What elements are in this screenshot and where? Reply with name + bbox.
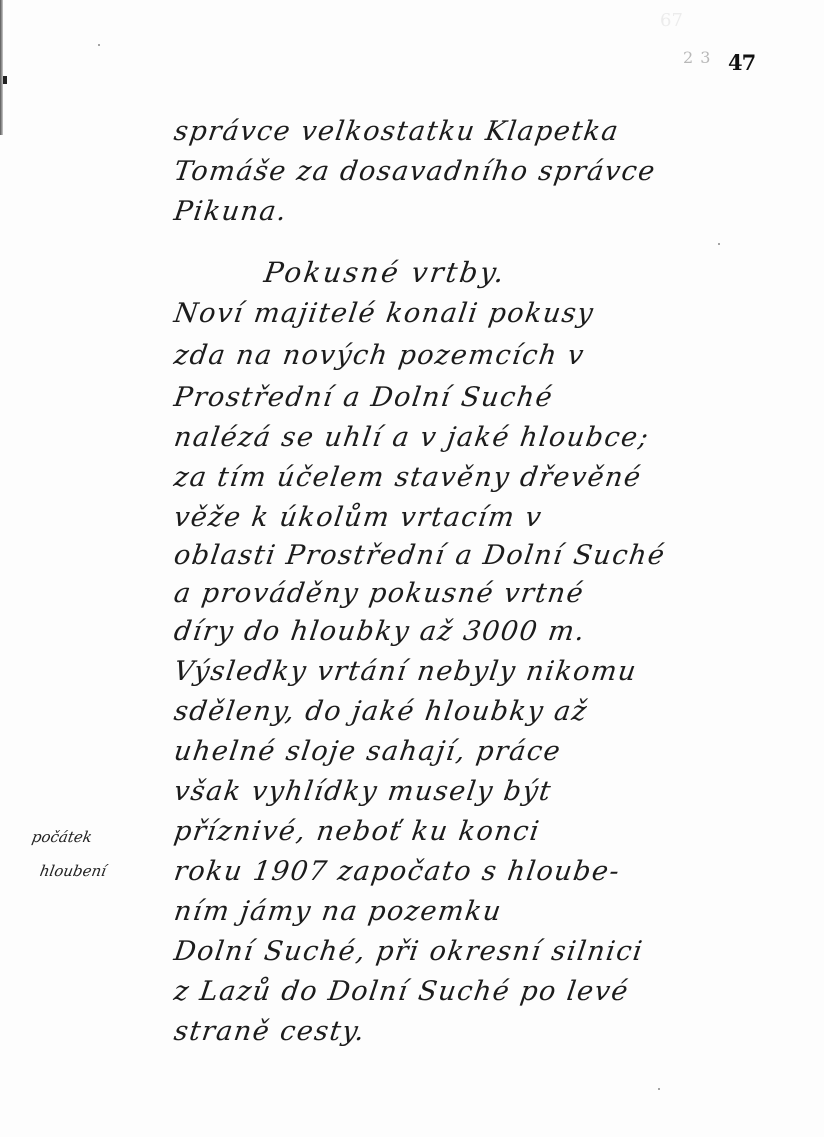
ghost-page-number: 67: [660, 10, 683, 31]
document-page: 67 2 3 47 správce velkostatku Klapetka T…: [0, 0, 824, 1137]
text-line: z Lazů do Dolní Suché po levé: [172, 976, 631, 1007]
text-line: správce velkostatku Klapetka: [172, 116, 621, 147]
text-line: Pikuna.: [172, 196, 289, 227]
text-line: však vyhlídky musely být: [172, 776, 554, 807]
text-line: nalézá se uhlí a v jaké hloubce;: [172, 422, 651, 453]
margin-note-line-1: počátek: [30, 828, 93, 846]
text-line: Tomáše za dosavadního správce: [172, 156, 658, 187]
text-line: Dolní Suché, při okresní silnici: [172, 936, 645, 967]
text-line: straně cesty.: [172, 1016, 368, 1047]
binding-edge: [0, 0, 3, 135]
section-heading: Pokusné vrtby.: [262, 256, 508, 289]
faint-page-number: 2 3: [683, 48, 711, 67]
scan-speck: [718, 243, 720, 245]
scan-speck: [658, 1088, 660, 1090]
text-line: příznivé, neboť ku konci: [172, 816, 542, 847]
text-line: Výsledky vrtání nebyly nikomu: [172, 656, 639, 687]
binding-mark: [3, 76, 7, 84]
text-line: zda na nových pozemcích v: [172, 340, 587, 371]
text-line: Noví majitelé konali pokusy: [172, 298, 596, 329]
text-line: a prováděny pokusné vrtné: [172, 578, 586, 609]
text-line: Prostřední a Dolní Suché: [172, 382, 555, 413]
margin-note-line-2: hloubení: [38, 862, 107, 880]
text-line: uhelné sloje sahají, práce: [172, 736, 563, 767]
scan-speck: [98, 44, 100, 46]
text-line: sděleny, do jaké hloubky až: [172, 696, 590, 727]
text-line: za tím účelem stavěny dřevěné: [172, 462, 644, 493]
text-line: ním jámy na pozemku: [172, 896, 504, 927]
text-line: díry do hloubky až 3000 m.: [172, 616, 588, 647]
text-line: věže k úkolům vrtacím v: [172, 502, 544, 533]
text-line: oblasti Prostřední a Dolní Suché: [172, 540, 668, 571]
text-line: roku 1907 započato s hloube-: [172, 856, 622, 887]
page-number: 47: [728, 50, 755, 75]
